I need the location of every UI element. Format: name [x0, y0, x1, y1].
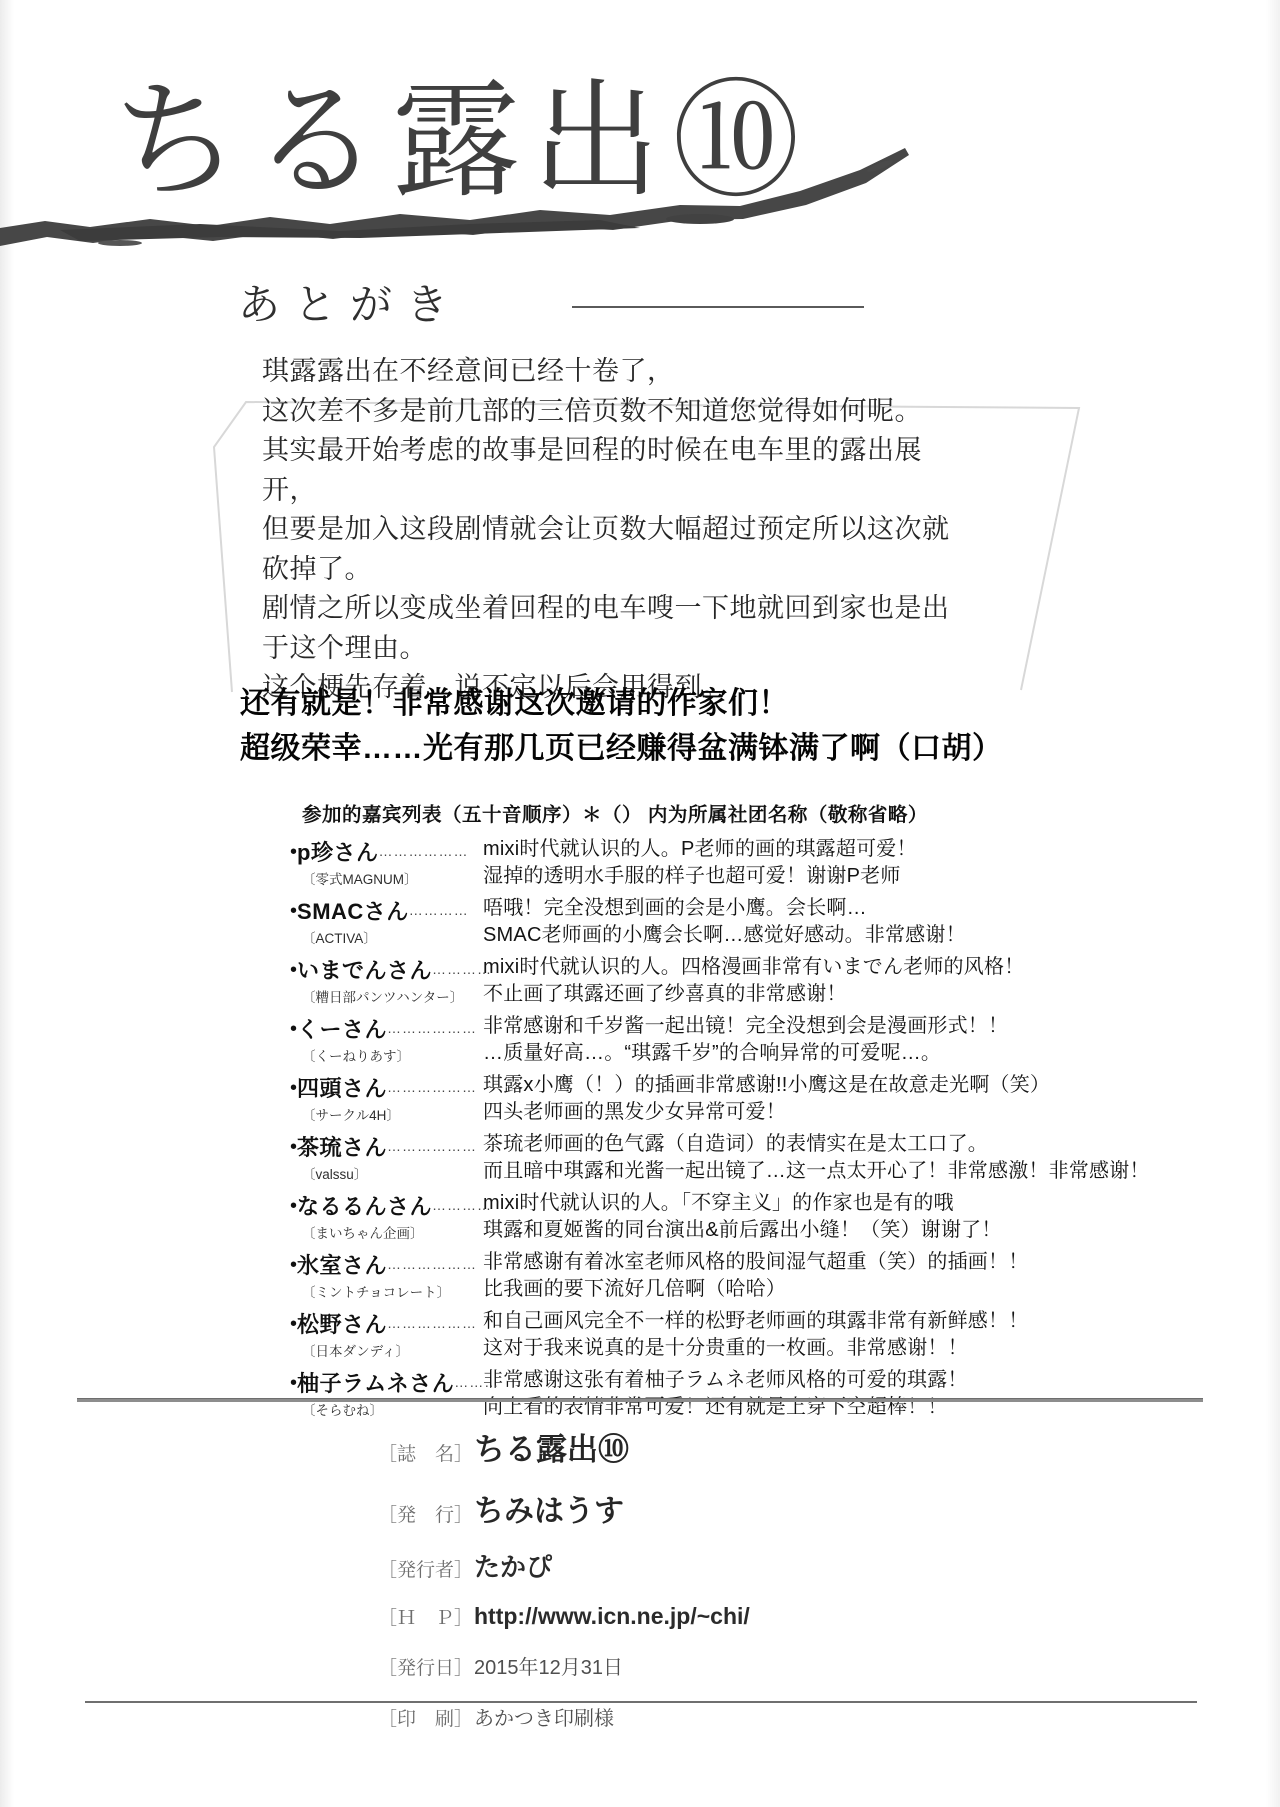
guest-circle: 〔サークル4H〕	[302, 1104, 483, 1124]
bullet-icon: •	[290, 1372, 297, 1394]
colophon-url: http://www.icn.ne.jp/~chi/	[474, 1603, 750, 1630]
paragraph-line: 琪露露出在不经意间已经十卷了，	[262, 352, 962, 392]
dot-leader: …………	[409, 902, 469, 918]
afterword-page: ちる露出⑩ あとがき 琪露露出在不经意间已经十卷了， 这次差不多是前几部的三倍页…	[0, 0, 1280, 1807]
bullet-icon: •	[290, 841, 297, 863]
paragraph-line: 剧情之所以变成坐着回程的电车嗖一下地就回到家也是出于这个理由。	[262, 589, 962, 668]
paragraph-line: 其实最开始考虑的故事是回程的时候在电车里的露出展开，	[262, 431, 962, 510]
colophon-label: ［発行者］	[378, 1555, 474, 1582]
guest-entry: •茶琉さん……………… 〔valssu〕 茶琉老师画的色气露（自造词）的表情实在…	[290, 1131, 1190, 1184]
guest-name: 氷室さん	[297, 1253, 387, 1278]
thanks-line: 超级荣幸……光有那几页已经赚得盆满钵满了啊（口胡）	[240, 726, 1220, 771]
thanks-line: 还有就是！非常感谢这次邀请的作家们！	[240, 681, 1220, 726]
guest-circle: 〔ミントチョコレート〕	[302, 1281, 483, 1301]
guest-comment-line: 不止画了琪露还画了纱喜真的非常感谢！	[483, 981, 1190, 1008]
colophon-row-publisher: ［発 行］ ちみはうす	[378, 1486, 750, 1530]
guest-name: 柚子ラムネさん	[297, 1371, 454, 1396]
guest-comment-line: 琪露x小鹰（！）的插画非常感谢!!小鹰这是在故意走光啊（笑）	[483, 1072, 1190, 1099]
guest-circle: 〔ACTIVA〕	[302, 927, 483, 947]
dot-leader: …………	[432, 961, 492, 977]
colophon-row-title: ［誌 名］ ちる露出⑩	[378, 1424, 750, 1469]
guest-circle: 〔valssu〕	[302, 1163, 483, 1183]
guest-circle: 〔零式MAGNUM〕	[302, 868, 483, 888]
guest-comment-line: 四头老师画的黑发少女异常可爱！	[483, 1099, 1190, 1126]
bullet-icon: •	[290, 1195, 297, 1217]
guest-name: p珍さん	[297, 840, 378, 865]
bullet-icon: •	[290, 959, 297, 981]
guest-name: 四頭さん	[297, 1076, 387, 1101]
colophon-row-homepage: ［Ｈ Ｐ］ http://www.icn.ne.jp/~chi/	[378, 1603, 750, 1630]
thanks-lines: 还有就是！非常感谢这次邀请的作家们！ 超级荣幸……光有那几页已经赚得盆满钵满了啊…	[240, 681, 1220, 771]
guest-name: くーさん	[297, 1017, 387, 1042]
colophon-value: たかぴ	[474, 1547, 552, 1584]
guest-entry: •氷室さん……………… 〔ミントチョコレート〕 非常感谢有着冰室老师风格的股间湿…	[290, 1249, 1190, 1302]
guest-name: 茶琉さん	[297, 1135, 387, 1160]
guest-comment-line: …质量好高…。“琪露千岁”的合响异常的可爱呢…。	[483, 1040, 1190, 1067]
colophon-value: ちる露出⑩	[474, 1424, 629, 1469]
guest-comment-line: 茶琉老师画的色气露（自造词）的表情实在是太工口了。	[483, 1131, 1190, 1158]
guest-comment-line: 而且暗中琪露和光酱一起出镜了…这一点太开心了！非常感激！非常感谢！	[483, 1158, 1190, 1185]
afterword-heading: あとがき	[238, 272, 462, 332]
paragraph-line: 但要是加入这段剧情就会让页数大幅超过预定所以这次就砍掉了。	[262, 510, 962, 589]
guest-entry: •いまでんさん………… 〔糟日部パンツハンター〕 mixi时代就认识的人。四格漫…	[290, 954, 1190, 1007]
guest-comment-line: mixi时代就认识的人。四格漫画非常有いまでん老师的风格！	[483, 954, 1190, 981]
guest-circle: 〔そらむね〕	[302, 1399, 483, 1419]
colophon: ［誌 名］ ちる露出⑩ ［発 行］ ちみはうす ［発行者］ たかぴ ［Ｈ Ｐ］ …	[378, 1424, 750, 1731]
afterword-heading-rule	[572, 306, 864, 308]
guest-comment-line: 比我画的要下流好几倍啊（哈哈）	[483, 1276, 1190, 1303]
colophon-label: ［印 刷］	[378, 1704, 474, 1731]
colophon-bottom-rule	[85, 1701, 1197, 1703]
colophon-label: ［Ｈ Ｐ］	[378, 1603, 474, 1630]
colophon-top-rule	[77, 1398, 1203, 1402]
guest-comment-line: 唔哦！完全没想到画的会是小鹰。会长啊…	[483, 895, 1190, 922]
dot-leader: …………	[432, 1197, 492, 1213]
guest-comment-line: 琪露和夏姬酱的同台演出&前后露出小缝！（笑）谢谢了！	[483, 1217, 1190, 1244]
guest-name: 松野さん	[297, 1312, 387, 1337]
colophon-label: ［誌 名］	[378, 1439, 474, 1466]
guest-entry: •柚子ラムネさん……… 〔そらむね〕 非常感谢这张有着柚子ラムネ老师风格的可爱的…	[290, 1367, 1190, 1420]
guest-comment-line: 非常感谢这张有着柚子ラムネ老师风格的可爱的琪露！	[483, 1367, 1190, 1394]
guest-entry: •松野さん……………… 〔日本ダンディ〕 和自己画风完全不一样的松野老师画的琪露…	[290, 1308, 1190, 1361]
guest-entry: •なるるんさん………… 〔まいちゃん企画〕 mixi时代就认识的人。「不穿主义」…	[290, 1190, 1190, 1243]
dot-leader: ………………	[387, 1138, 477, 1154]
dot-leader: ………………	[387, 1020, 477, 1036]
guest-comment-line: 湿掉的透明水手服的样子也超可爱！谢谢P老师	[483, 863, 1190, 890]
guest-list-heading: 参加的嘉宾列表（五十音顺序）＊（） 内为所属社团名称（敬称省略）	[302, 799, 928, 827]
bullet-icon: •	[290, 1313, 297, 1335]
guest-list: •p珍さん……………… 〔零式MAGNUM〕 mixi时代就认识的人。P老师的画…	[290, 836, 1190, 1426]
bullet-icon: •	[290, 1018, 297, 1040]
guest-name: いまでんさん	[297, 958, 432, 983]
dot-leader: ………………	[387, 1079, 477, 1095]
guest-comment-line: SMAC老师画的小鹰会长啊…感觉好感动。非常感谢！	[483, 922, 1190, 949]
guest-entry: •p珍さん……………… 〔零式MAGNUM〕 mixi时代就认识的人。P老师的画…	[290, 836, 1190, 889]
guest-comment-line: mixi时代就认识的人。「不穿主义」的作家也是有的哦	[483, 1190, 1190, 1217]
page-title: ちる露出⑩	[112, 62, 812, 222]
colophon-value: ちみはうす	[474, 1486, 624, 1530]
dot-leader: ………	[454, 1374, 499, 1390]
colophon-value: 2015年12月31日	[474, 1651, 623, 1680]
paragraph-line: 这次差不多是前几部的三倍页数不知道您觉得如何呢。	[262, 392, 962, 432]
bullet-icon: •	[290, 1254, 297, 1276]
dot-leader: ………………	[387, 1315, 477, 1331]
guest-comment-line: 非常感谢有着冰室老师风格的股间湿气超重（笑）的插画！！	[483, 1249, 1190, 1276]
dot-leader: ………………	[378, 843, 468, 859]
colophon-label: ［発 行］	[378, 1500, 474, 1527]
bullet-icon: •	[290, 900, 297, 922]
guest-comment-line: 这对于我来说真的是十分贵重的一枚画。非常感谢！！	[483, 1335, 1190, 1362]
guest-circle: 〔くーねりあす〕	[302, 1045, 483, 1065]
guest-circle: 〔まいちゃん企画〕	[302, 1222, 483, 1242]
colophon-label: ［発行日］	[378, 1653, 474, 1680]
colophon-row-date: ［発行日］ 2015年12月31日	[378, 1651, 750, 1680]
guest-comment-line: 和自己画风完全不一样的松野老师画的琪露非常有新鲜感！！	[483, 1308, 1190, 1335]
guest-entry: •四頭さん……………… 〔サークル4H〕 琪露x小鹰（！）的插画非常感谢!!小鹰…	[290, 1072, 1190, 1125]
guest-comment-line: 非常感谢和千岁酱一起出镜！完全没想到会是漫画形式！！	[483, 1013, 1190, 1040]
guest-entry: •SMACさん………… 〔ACTIVA〕 唔哦！完全没想到画的会是小鹰。会长啊……	[290, 895, 1190, 948]
guest-comment-line: mixi时代就认识的人。P老师的画的琪露超可爱！	[483, 836, 1190, 863]
colophon-row-printer: ［印 刷］ あかつき印刷様	[378, 1702, 750, 1731]
guest-circle: 〔糟日部パンツハンター〕	[302, 986, 483, 1006]
guest-name: なるるんさん	[297, 1194, 432, 1219]
guest-circle: 〔日本ダンディ〕	[302, 1340, 483, 1360]
colophon-value: あかつき印刷様	[474, 1702, 614, 1731]
bullet-icon: •	[290, 1077, 297, 1099]
bullet-icon: •	[290, 1136, 297, 1158]
guest-entry: •くーさん……………… 〔くーねりあす〕 非常感谢和千岁酱一起出镜！完全没想到会…	[290, 1013, 1190, 1066]
colophon-row-author: ［発行者］ たかぴ	[378, 1547, 750, 1584]
guest-name: SMACさん	[297, 899, 409, 924]
afterword-paragraph: 琪露露出在不经意间已经十卷了， 这次差不多是前几部的三倍页数不知道您觉得如何呢。…	[262, 352, 962, 708]
dot-leader: ………………	[387, 1256, 477, 1272]
